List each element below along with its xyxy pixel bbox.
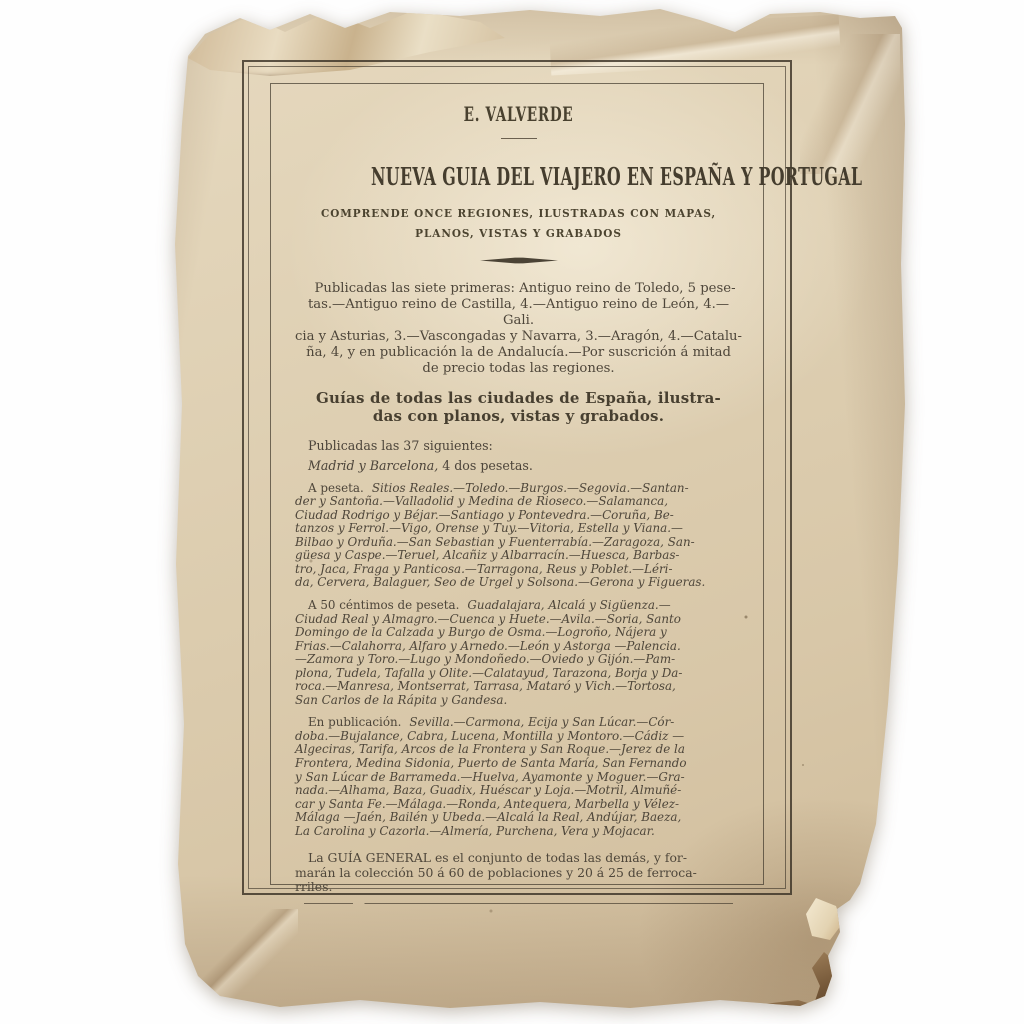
paper-crease-bottom-left <box>178 909 298 1009</box>
page-subtitle: COMPRENDE ONCE REGIONES, ILUSTRADAS CON … <box>306 204 731 244</box>
price-group-peseta-label: A peseta. <box>308 481 364 495</box>
swelled-rule-ornament <box>480 256 558 265</box>
page-title: NUEVA GUIA DEL VIAJERO EN ESPAÑA Y PORTU… <box>371 162 666 191</box>
bottom-rule <box>295 903 742 904</box>
price-group-en-publicacion-cities: Sevilla.—Carmona, Ecija y San Lúcar.—Cór… <box>295 715 687 837</box>
divider-rule-small <box>501 138 537 139</box>
published-count-line: Publicadas las 37 siguientes: <box>295 438 742 453</box>
price-group-peseta-cities: Sitios Reales.—Toledo.—Burgos.—Segovia.—… <box>295 481 705 590</box>
price-group-50-centimos: A 50 céntimos de peseta.Guadalajara, Alc… <box>295 599 742 707</box>
book-page: E. VALVERDE NUEVA GUIA DEL VIAJERO EN ES… <box>160 4 910 1017</box>
price-group-en-publicacion-label: En publicación. <box>308 715 401 729</box>
madrid-barcelona-line: Madrid y Barcelona, 4 dos pesetas. <box>295 458 742 473</box>
madrid-barcelona-titles: Madrid y Barcelona, <box>308 458 438 473</box>
price-group-50-centimos-label: A 50 céntimos de peseta. <box>308 598 459 612</box>
price-group-50-centimos-cities: Guadalajara, Alcalá y Sigüenza.— Ciudad … <box>295 598 682 707</box>
intro-paragraph: Publicadas las siete primeras: Antiguo r… <box>295 281 742 376</box>
paper-crease-top-right <box>800 34 900 174</box>
photo-background: E. VALVERDE NUEVA GUIA DEL VIAJERO EN ES… <box>0 0 1024 1024</box>
cities-guides-heading: Guías de todas las ciudades de España, i… <box>295 390 742 425</box>
book-page-wrapper: E. VALVERDE NUEVA GUIA DEL VIAJERO EN ES… <box>160 4 910 1017</box>
publisher-name: E. VALVERDE <box>367 102 671 126</box>
torn-edge-bottom-right-dark <box>810 952 846 1014</box>
page-content: E. VALVERDE NUEVA GUIA DEL VIAJERO EN ES… <box>270 83 762 883</box>
guia-general-paragraph: La GUÍA GENERAL es el conjunto de todas … <box>295 851 742 894</box>
madrid-barcelona-price: 4 dos pesetas. <box>442 458 533 473</box>
price-group-peseta: A peseta.Sitios Reales.—Toledo.—Burgos.—… <box>295 482 742 590</box>
torn-edge-bottom-right-flap <box>806 896 844 942</box>
torn-edge-bottom-chip <box>758 1000 828 1016</box>
price-group-en-publicacion: En publicación.Sevilla.—Carmona, Ecija y… <box>295 716 742 838</box>
